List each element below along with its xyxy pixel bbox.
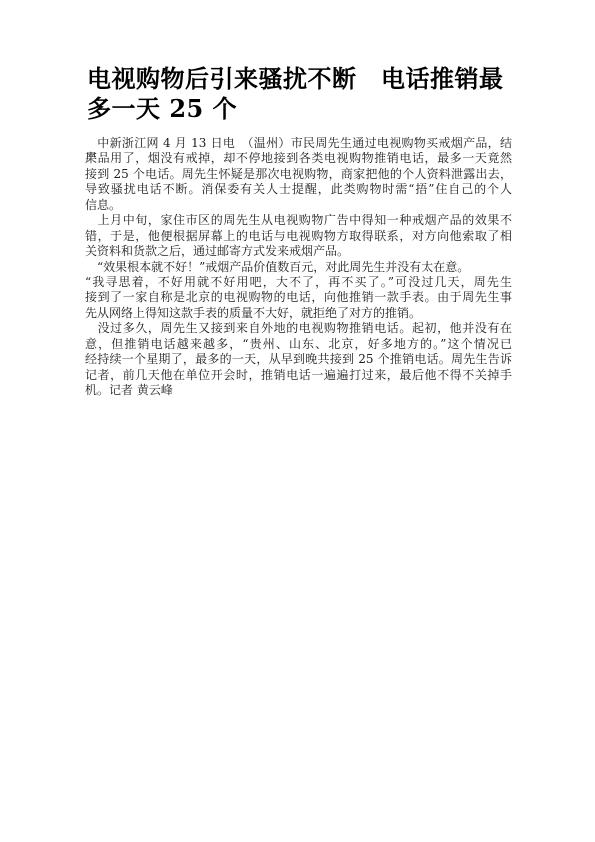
title-line-1: 电视购物后引来骚扰不断 电话推销最 — [87, 64, 537, 94]
text-line: 关资料和货款之后，通过邮寄方式发来戒烟产品。 — [85, 244, 512, 259]
text-line: 经持续一个星期了，最多的一天，从早到晚共接到 25 个推销电话。周先生告诉 — [85, 352, 512, 367]
text-line: 产品用了，烟没有戒掉，却不停地接到各类电视购物推销电话，最多一天竟然 — [85, 151, 512, 166]
article-title: 电视购物后引来骚扰不断 电话推销最 多一天 25 个 — [87, 64, 537, 124]
title-line-2: 多一天 25 个 — [87, 94, 537, 124]
paragraph: “效果根本就不好！”戒烟产品价值数百元，对此周先生并没有太在意。“我寻思着，不好… — [85, 260, 512, 322]
text-line: “我寻思着，不好用就不好用吧，大不了，再不买了。”可没过几天，周先生 — [85, 275, 512, 290]
text-line: 接到 25 个电话。周先生怀疑是那次电视购物，商家把他的个人资料泄露出去， — [85, 167, 512, 182]
article-body: 中新浙江网 4 月 13 日电 （温州）市民周先生通过电视购物买戒烟产品，结果产… — [85, 136, 512, 398]
paragraph: 没过多久，周先生又接到来自外地的电视购物推销电话。起初，他并没有在意，但推销电话… — [85, 321, 512, 398]
text-line: 错，于是，他便根据屏幕上的电话与电视购物方取得联系，对方向他索取了相 — [85, 229, 512, 244]
text-line: 导致骚扰电话不断。消保委有关人士提醒，此类购物时需“捂”住自己的个人 — [85, 182, 512, 197]
paragraph: 中新浙江网 4 月 13 日电 （温州）市民周先生通过电视购物买戒烟产品，结果产… — [85, 136, 512, 213]
paragraph: 上月中旬，家住市区的周先生从电视购物广告中得知一种戒烟产品的效果不错，于是，他便… — [85, 213, 512, 259]
text-line: 中新浙江网 4 月 13 日电 （温州）市民周先生通过电视购物买戒烟产品，结果 — [85, 136, 512, 151]
text-line: 接到了一家自称是北京的电视购物的电话，向他推销一款手表。由于周先生事 — [85, 290, 512, 305]
text-line: “效果根本就不好！”戒烟产品价值数百元，对此周先生并没有太在意。 — [85, 260, 512, 275]
text-line: 信息。 — [85, 198, 512, 213]
text-line: 先从网络上得知这款手表的质量不大好，就拒绝了对方的推销。 — [85, 306, 512, 321]
text-line: 没过多久，周先生又接到来自外地的电视购物推销电话。起初，他并没有在 — [85, 321, 512, 336]
text-line: 机。记者 黄云峰 — [85, 383, 512, 398]
document-page: 电视购物后引来骚扰不断 电话推销最 多一天 25 个 中新浙江网 4 月 13 … — [0, 0, 595, 842]
text-line: 上月中旬，家住市区的周先生从电视购物广告中得知一种戒烟产品的效果不 — [85, 213, 512, 228]
text-line: 记者，前几天他在单位开会时，推销电话一遍遍打过来，最后他不得不关掉手 — [85, 368, 512, 383]
text-line: 意，但推销电话越来越多，“贵州、山东、北京，好多地方的。”这个情况已 — [85, 337, 512, 352]
